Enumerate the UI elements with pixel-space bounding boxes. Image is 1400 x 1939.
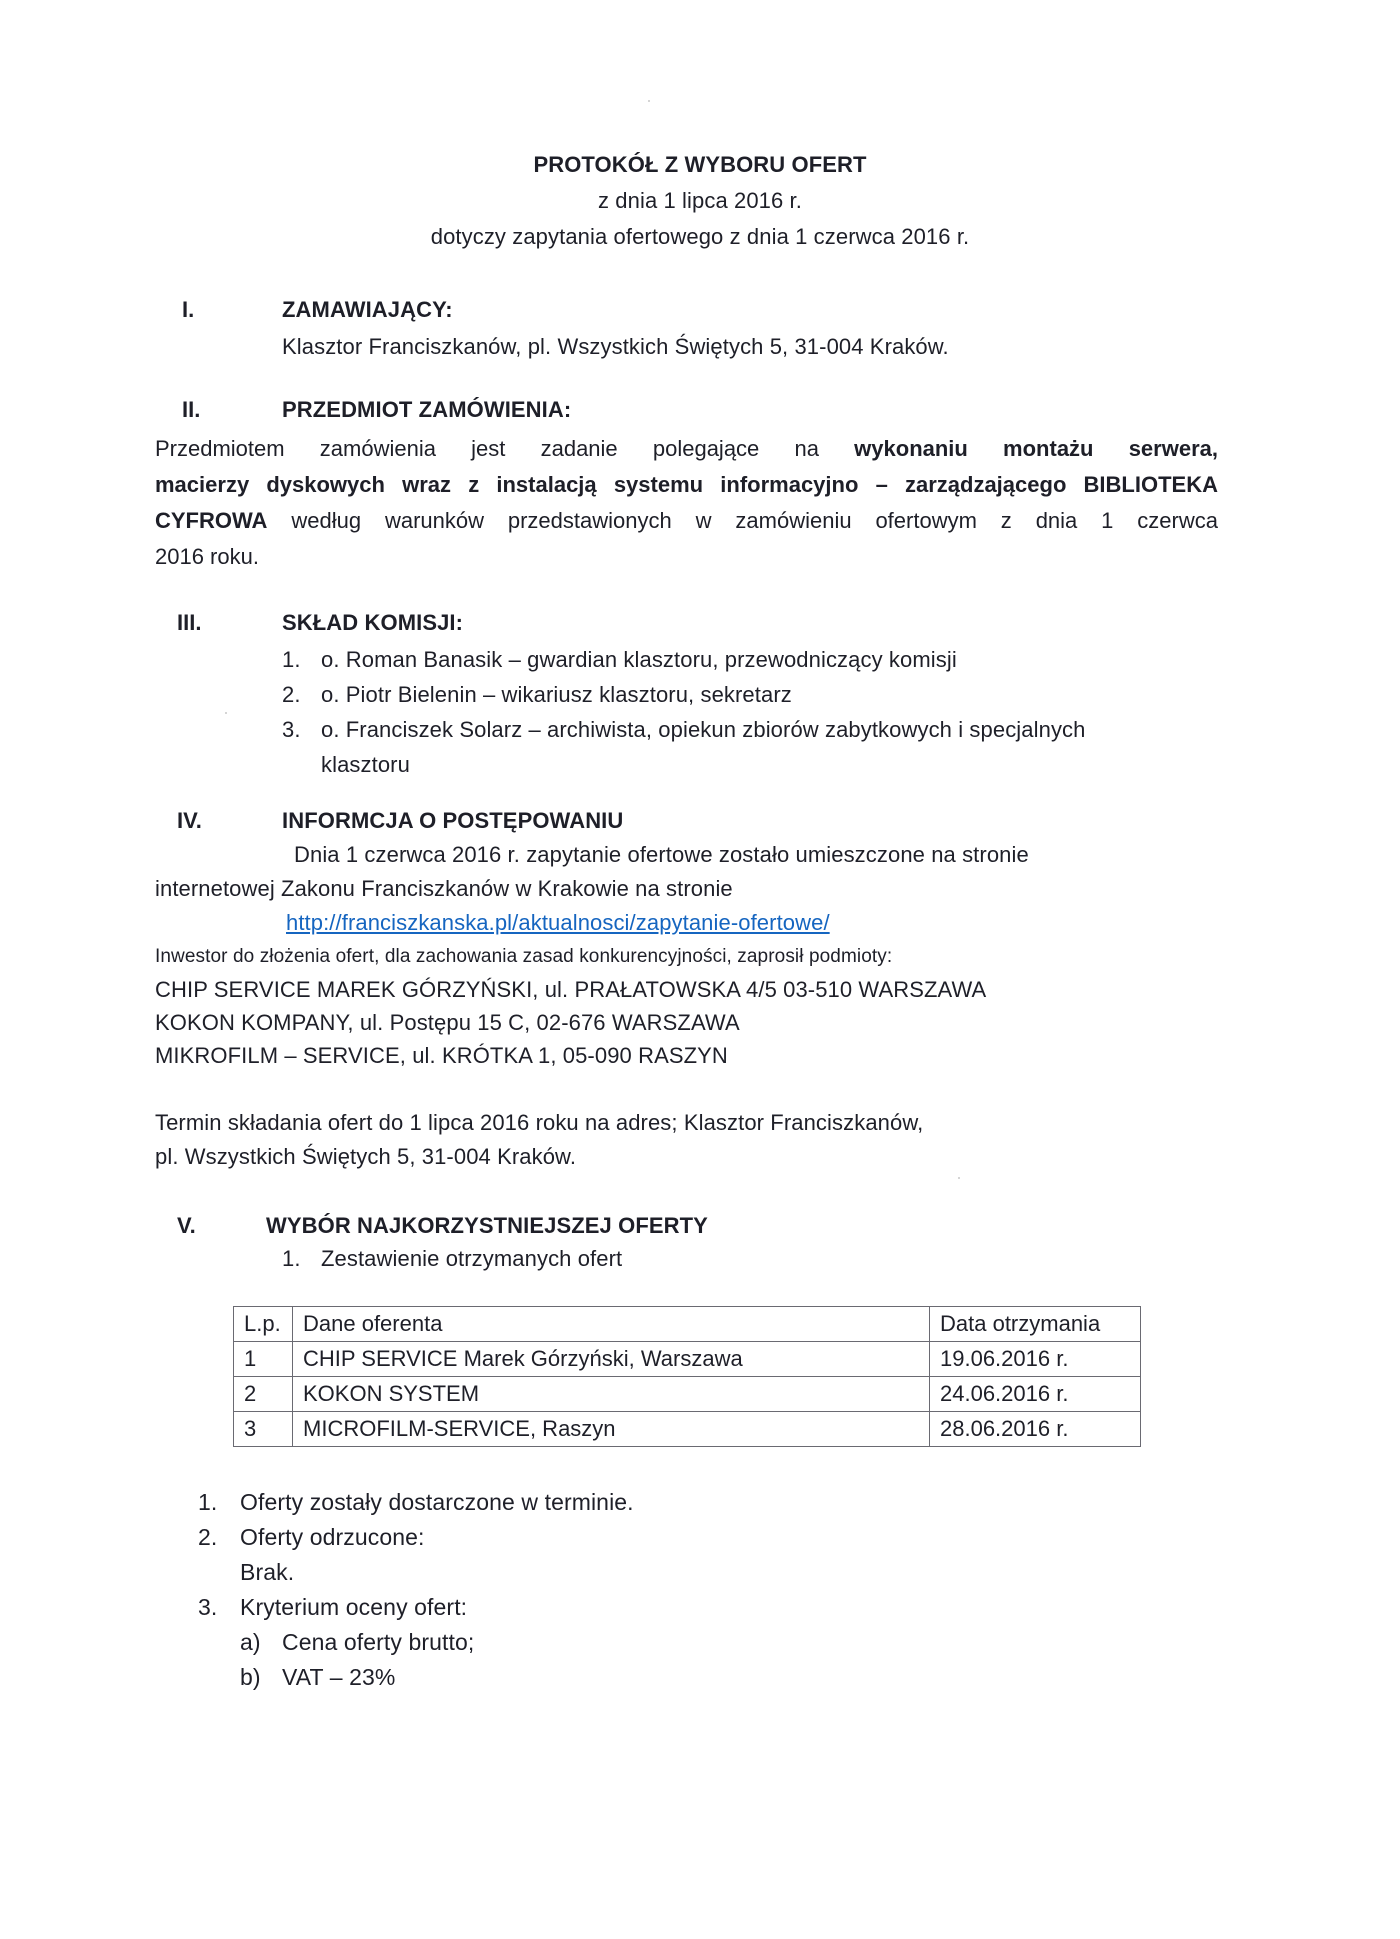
text: według warunków przedstawionych w zamówi… bbox=[267, 508, 1218, 533]
invitee-2: KOKON KOMPANY, ul. Postępu 15 C, 02-676 … bbox=[155, 1008, 740, 1038]
member-3-continuation: klasztoru bbox=[321, 750, 410, 780]
point-number: 3. bbox=[198, 1592, 217, 1622]
table-cell: 3 bbox=[234, 1412, 293, 1447]
section-3-numeral: III. bbox=[177, 608, 201, 638]
table-header-cell: Dane oferenta bbox=[293, 1307, 930, 1342]
deadline-line-2: pl. Wszystkich Świętych 5, 31-004 Kraków… bbox=[155, 1142, 576, 1172]
offers-table: L.p.Dane oferentaData otrzymania1CHIP SE… bbox=[233, 1306, 1141, 1447]
member-3-text: o. Franciszek Solarz – archiwista, opiek… bbox=[321, 715, 1085, 745]
invitee-3: MIKROFILM – SERVICE, ul. KRÓTKA 1, 05-09… bbox=[155, 1041, 728, 1071]
document-title: PROTOKÓŁ Z WYBORU OFERT bbox=[0, 150, 1400, 180]
point-number: 2. bbox=[198, 1522, 217, 1552]
section-4-numeral: IV. bbox=[177, 806, 202, 836]
criterion-label: a) bbox=[240, 1627, 261, 1657]
member-1-number: 1. bbox=[282, 645, 301, 675]
point-text: Kryterium oceny ofert: bbox=[240, 1592, 467, 1622]
section-2-line: CYFROWA według warunków przedstawionych … bbox=[155, 503, 1218, 539]
section-2-numeral: II. bbox=[182, 395, 200, 425]
table-row: 3MICROFILM-SERVICE, Raszyn28.06.2016 r. bbox=[234, 1412, 1141, 1447]
criterion-text: VAT – 23% bbox=[282, 1662, 395, 1692]
section-5-numeral: V. bbox=[177, 1211, 196, 1241]
section-4-line-1: Dnia 1 czerwca 2016 r. zapytanie ofertow… bbox=[294, 840, 1029, 870]
point-text: Oferty odrzucone: bbox=[240, 1522, 425, 1552]
text: Przedmiotem zamówienia jest zadanie pole… bbox=[155, 436, 854, 461]
scan-speck bbox=[225, 712, 227, 714]
notice-page-link[interactable]: http://franciszkanska.pl/aktualnosci/zap… bbox=[286, 910, 830, 935]
table-header-row: L.p.Dane oferentaData otrzymania bbox=[234, 1307, 1141, 1342]
bold-text: CYFROWA bbox=[155, 508, 267, 533]
table-cell: 1 bbox=[234, 1342, 293, 1377]
document-subject: dotyczy zapytania ofertowego z dnia 1 cz… bbox=[0, 222, 1400, 252]
table-cell: 24.06.2016 r. bbox=[930, 1377, 1141, 1412]
document-page: PROTOKÓŁ Z WYBORU OFERT z dnia 1 lipca 2… bbox=[0, 0, 1400, 1939]
section-2-line: 2016 roku. bbox=[155, 539, 1218, 575]
section-1-text: Klasztor Franciszkanów, pl. Wszystkich Ś… bbox=[282, 332, 949, 362]
section-5-heading: WYBÓR NAJKORZYSTNIEJSZEJ OFERTY bbox=[266, 1211, 708, 1241]
point-number: 1. bbox=[198, 1487, 217, 1517]
section-2-heading: PRZEDMIOT ZAMÓWIENIA: bbox=[282, 395, 571, 425]
table-cell: 28.06.2016 r. bbox=[930, 1412, 1141, 1447]
sub-1-number: 1. bbox=[282, 1244, 301, 1274]
section-1-heading: ZAMAWIAJĄCY: bbox=[282, 295, 453, 325]
member-3-number: 3. bbox=[282, 715, 301, 745]
table-row: 1CHIP SERVICE Marek Górzyński, Warszawa1… bbox=[234, 1342, 1141, 1377]
table-header-cell: Data otrzymania bbox=[930, 1307, 1141, 1342]
point-text: Oferty zostały dostarczone w terminie. bbox=[240, 1487, 634, 1517]
section-4-link-wrap: http://franciszkanska.pl/aktualnosci/zap… bbox=[286, 908, 830, 938]
bold-text: wykonaniu montażu serwera, bbox=[854, 436, 1218, 461]
section-4-line-2: internetowej Zakonu Franciszkanów w Krak… bbox=[155, 874, 733, 904]
point-text: Brak. bbox=[240, 1557, 294, 1587]
scan-speck bbox=[958, 1177, 960, 1179]
section-2-line: Przedmiotem zamówienia jest zadanie pole… bbox=[155, 431, 1218, 467]
sub-1-text: Zestawienie otrzymanych ofert bbox=[321, 1244, 622, 1274]
section-2-line: macierzy dyskowych wraz z instalacją sys… bbox=[155, 467, 1218, 503]
document-date: z dnia 1 lipca 2016 r. bbox=[0, 186, 1400, 216]
invitee-1: CHIP SERVICE MAREK GÓRZYŃSKI, ul. PRAŁAT… bbox=[155, 975, 986, 1005]
text: 2016 roku. bbox=[155, 544, 259, 569]
scan-speck bbox=[648, 100, 650, 102]
member-2-number: 2. bbox=[282, 680, 301, 710]
table-cell: KOKON SYSTEM bbox=[293, 1377, 930, 1412]
table-header-cell: L.p. bbox=[234, 1307, 293, 1342]
bold-text: macierzy dyskowych wraz z instalacją sys… bbox=[155, 472, 1218, 497]
table-cell: MICROFILM-SERVICE, Raszyn bbox=[293, 1412, 930, 1447]
table-cell: CHIP SERVICE Marek Górzyński, Warszawa bbox=[293, 1342, 930, 1377]
section-3-heading: SKŁAD KOMISJI: bbox=[282, 608, 463, 638]
member-1-text: o. Roman Banasik – gwardian klasztoru, p… bbox=[321, 645, 957, 675]
table-row: 2KOKON SYSTEM24.06.2016 r. bbox=[234, 1377, 1141, 1412]
criterion-text: Cena oferty brutto; bbox=[282, 1627, 474, 1657]
table-cell: 2 bbox=[234, 1377, 293, 1412]
deadline-line-1: Termin składania ofert do 1 lipca 2016 r… bbox=[155, 1108, 923, 1138]
section-4-heading: INFORMCJA O POSTĘPOWANIU bbox=[282, 806, 623, 836]
criterion-label: b) bbox=[240, 1662, 261, 1692]
invite-line: Inwestor do złożenia ofert, dla zachowan… bbox=[155, 942, 892, 972]
table-cell: 19.06.2016 r. bbox=[930, 1342, 1141, 1377]
member-2-text: o. Piotr Bielenin – wikariusz klasztoru,… bbox=[321, 680, 792, 710]
section-1-numeral: I. bbox=[182, 295, 194, 325]
